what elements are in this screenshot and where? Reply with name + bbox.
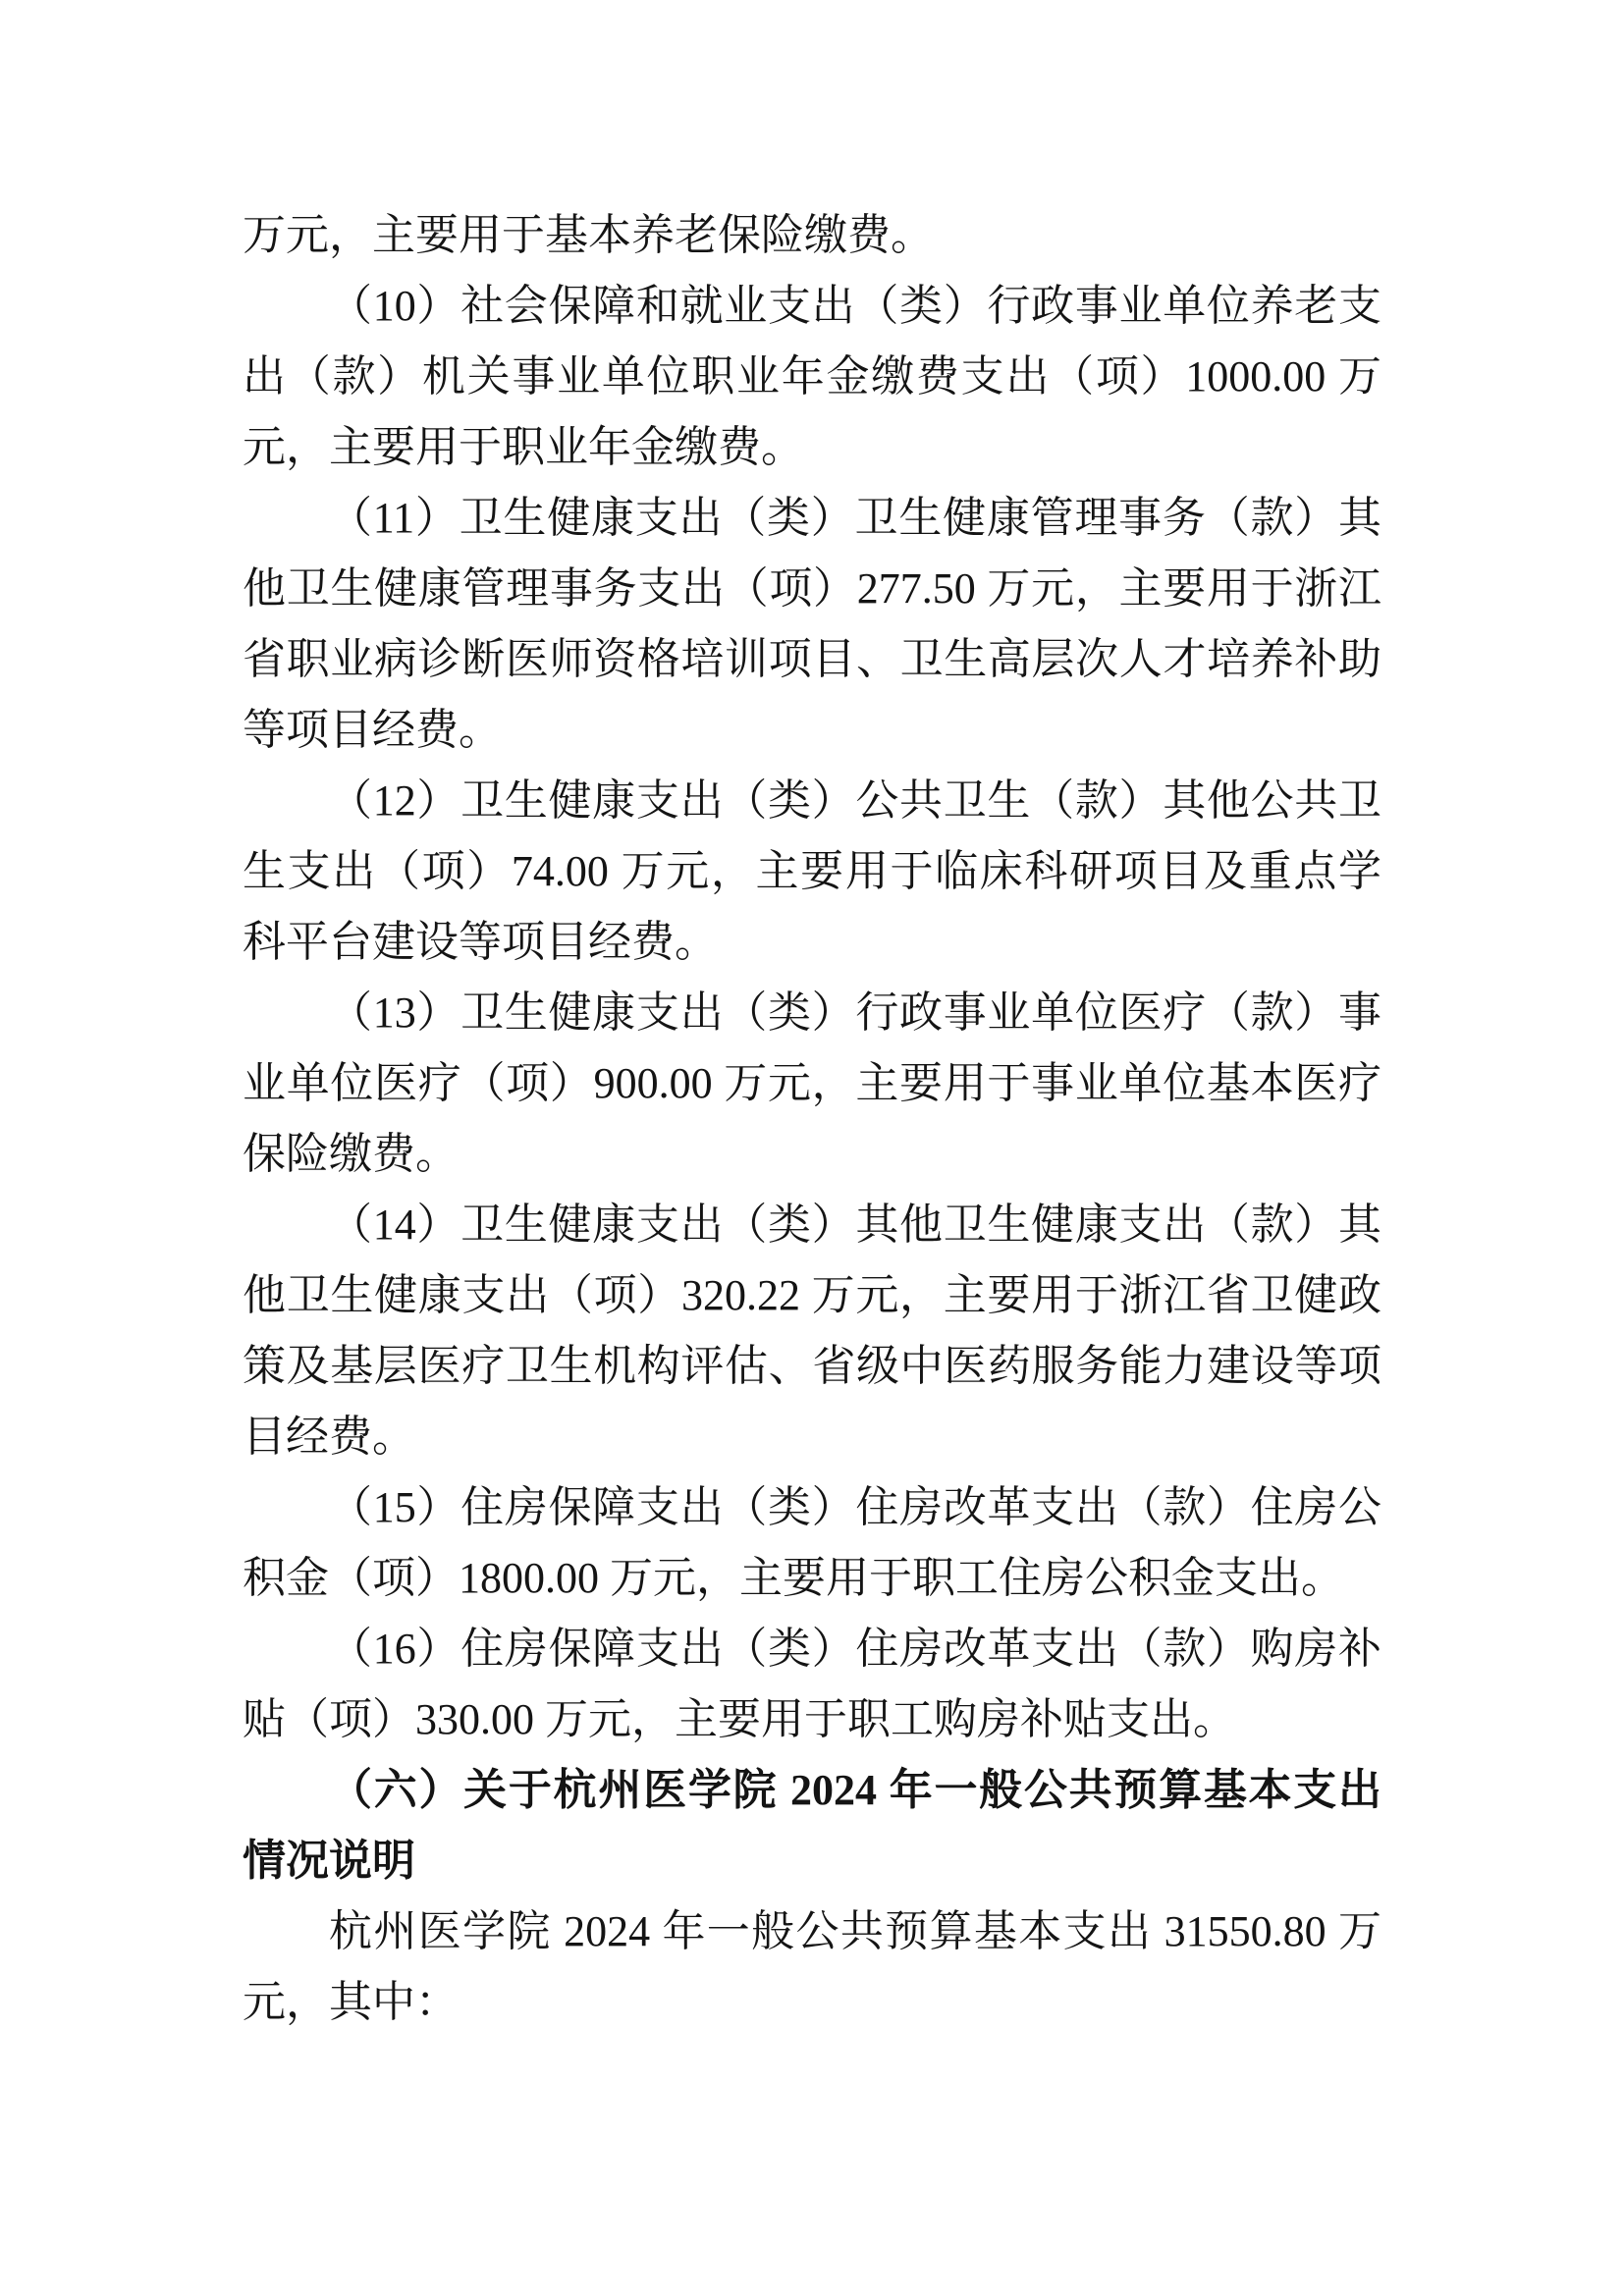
paragraph: （11）卫生健康支出（类）卫生健康管理事务（款）其他卫生健康管理事务支出（项）2… xyxy=(243,483,1381,766)
document-page: 万元，主要用于基本养老保险缴费。（10）社会保障和就业支出（类）行政事业单位养老… xyxy=(0,0,1624,2296)
paragraph: （六）关于杭州医学院 2024 年一般公共预算基本支出情况说明 xyxy=(243,1755,1381,1896)
paragraph: 万元，主要用于基本养老保险缴费。 xyxy=(243,200,1381,271)
document-body: 万元，主要用于基本养老保险缴费。（10）社会保障和就业支出（类）行政事业单位养老… xyxy=(243,200,1381,2038)
paragraph: （16）住房保障支出（类）住房改革支出（款）购房补贴（项）330.00 万元，主… xyxy=(243,1614,1381,1755)
paragraph: （12）卫生健康支出（类）公共卫生（款）其他公共卫生支出（项）74.00 万元，… xyxy=(243,766,1381,978)
paragraph: （13）卫生健康支出（类）行政事业单位医疗（款）事业单位医疗（项）900.00 … xyxy=(243,978,1381,1190)
paragraph: （14）卫生健康支出（类）其他卫生健康支出（款）其他卫生健康支出（项）320.2… xyxy=(243,1190,1381,1472)
paragraph: 杭州医学院 2024 年一般公共预算基本支出 31550.80 万元，其中： xyxy=(243,1896,1381,2038)
paragraph: （10）社会保障和就业支出（类）行政事业单位养老支出（款）机关事业单位职业年金缴… xyxy=(243,271,1381,483)
paragraph: （15）住房保障支出（类）住房改革支出（款）住房公积金（项）1800.00 万元… xyxy=(243,1472,1381,1614)
